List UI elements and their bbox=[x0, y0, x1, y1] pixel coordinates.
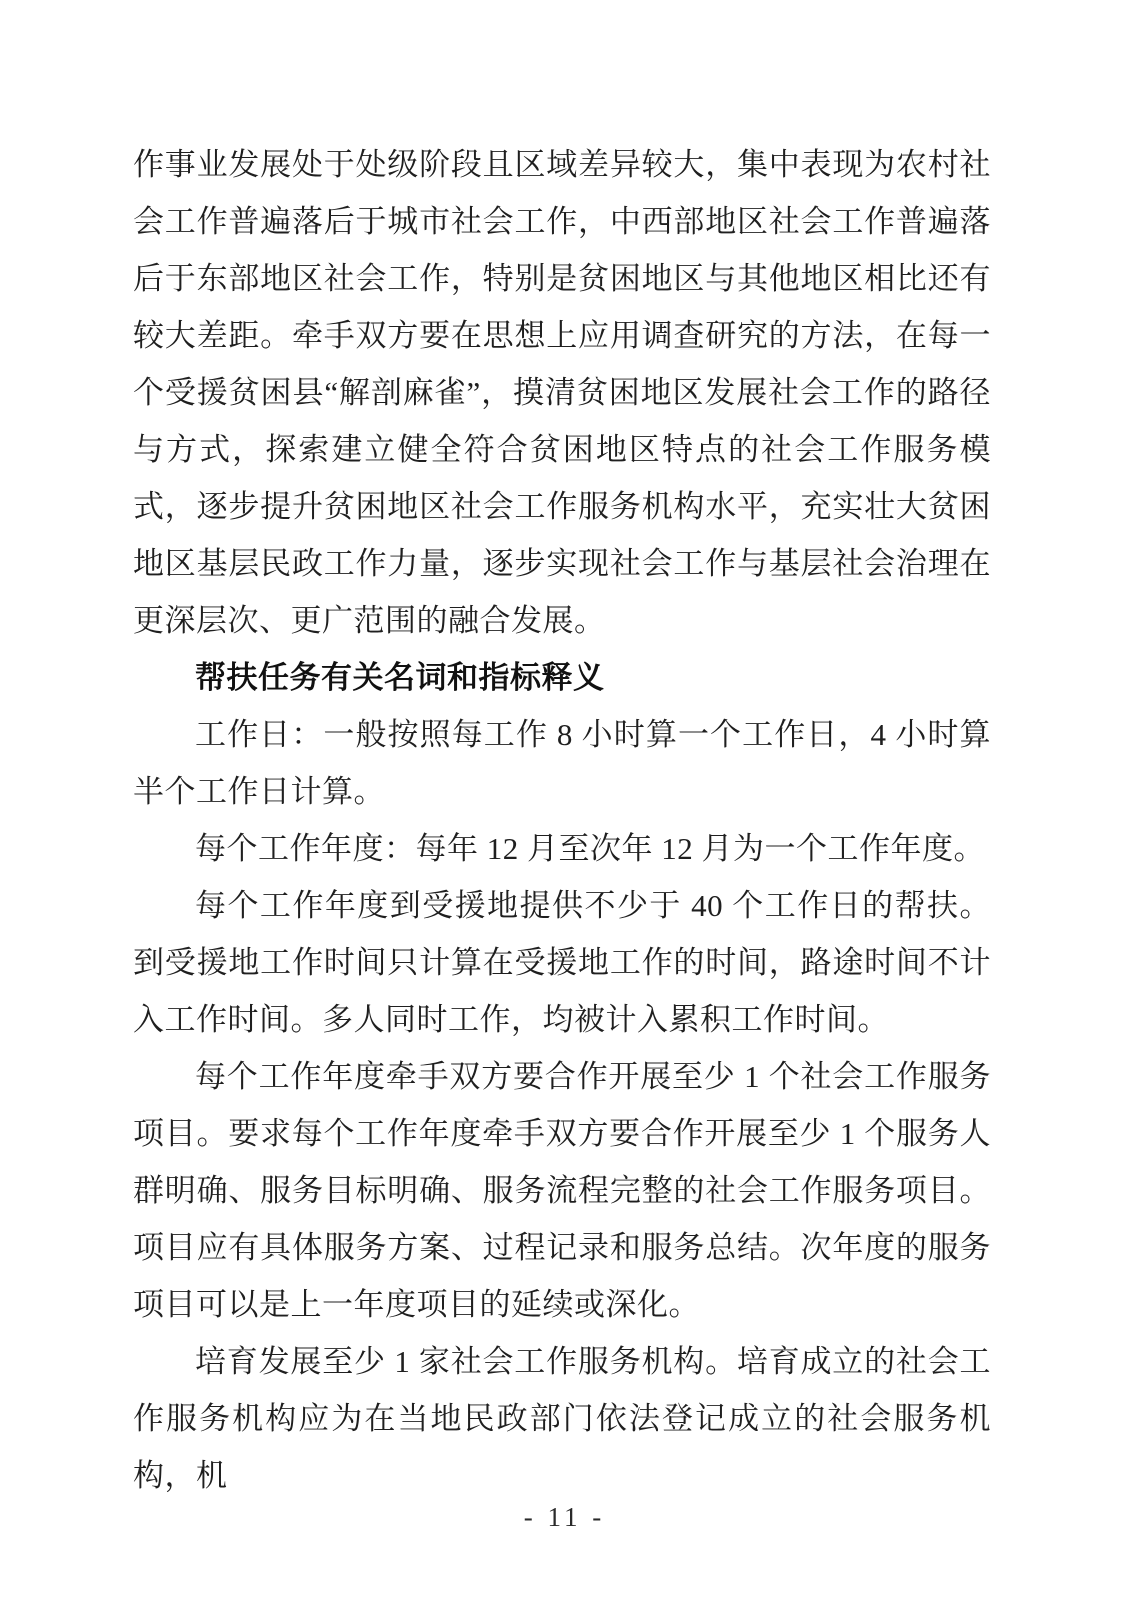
section-heading: 帮扶任务有关名词和指标释义 bbox=[133, 649, 991, 706]
paragraph-workdays-requirement: 每个工作年度到受援地提供不少于 40 个工作日的帮扶。到受援地工作时间只计算在受… bbox=[133, 877, 991, 1048]
document-content: 作事业发展处于处级阶段且区域差异较大，集中表现为农村社会工作普遍落后于城市社会工… bbox=[133, 136, 991, 1504]
paragraph-workyear-definition: 每个工作年度：每年 12 月至次年 12 月为一个工作年度。 bbox=[133, 820, 991, 877]
paragraph-continuation: 作事业发展处于处级阶段且区域差异较大，集中表现为农村社会工作普遍落后于城市社会工… bbox=[133, 136, 991, 649]
paragraph-service-project-requirement: 每个工作年度牵手双方要合作开展至少 1 个社会工作服务项目。要求每个工作年度牵手… bbox=[133, 1048, 991, 1333]
document-page: 作事业发展处于处级阶段且区域差异较大，集中表现为农村社会工作普遍落后于城市社会工… bbox=[0, 0, 1129, 1600]
paragraph-service-org-requirement: 培育发展至少 1 家社会工作服务机构。培育成立的社会工作服务机构应为在当地民政部… bbox=[133, 1333, 991, 1504]
page-number: - 11 - bbox=[0, 1502, 1129, 1533]
paragraph-workday-definition: 工作日：一般按照每工作 8 小时算一个工作日，4 小时算半个工作日计算。 bbox=[133, 706, 991, 820]
